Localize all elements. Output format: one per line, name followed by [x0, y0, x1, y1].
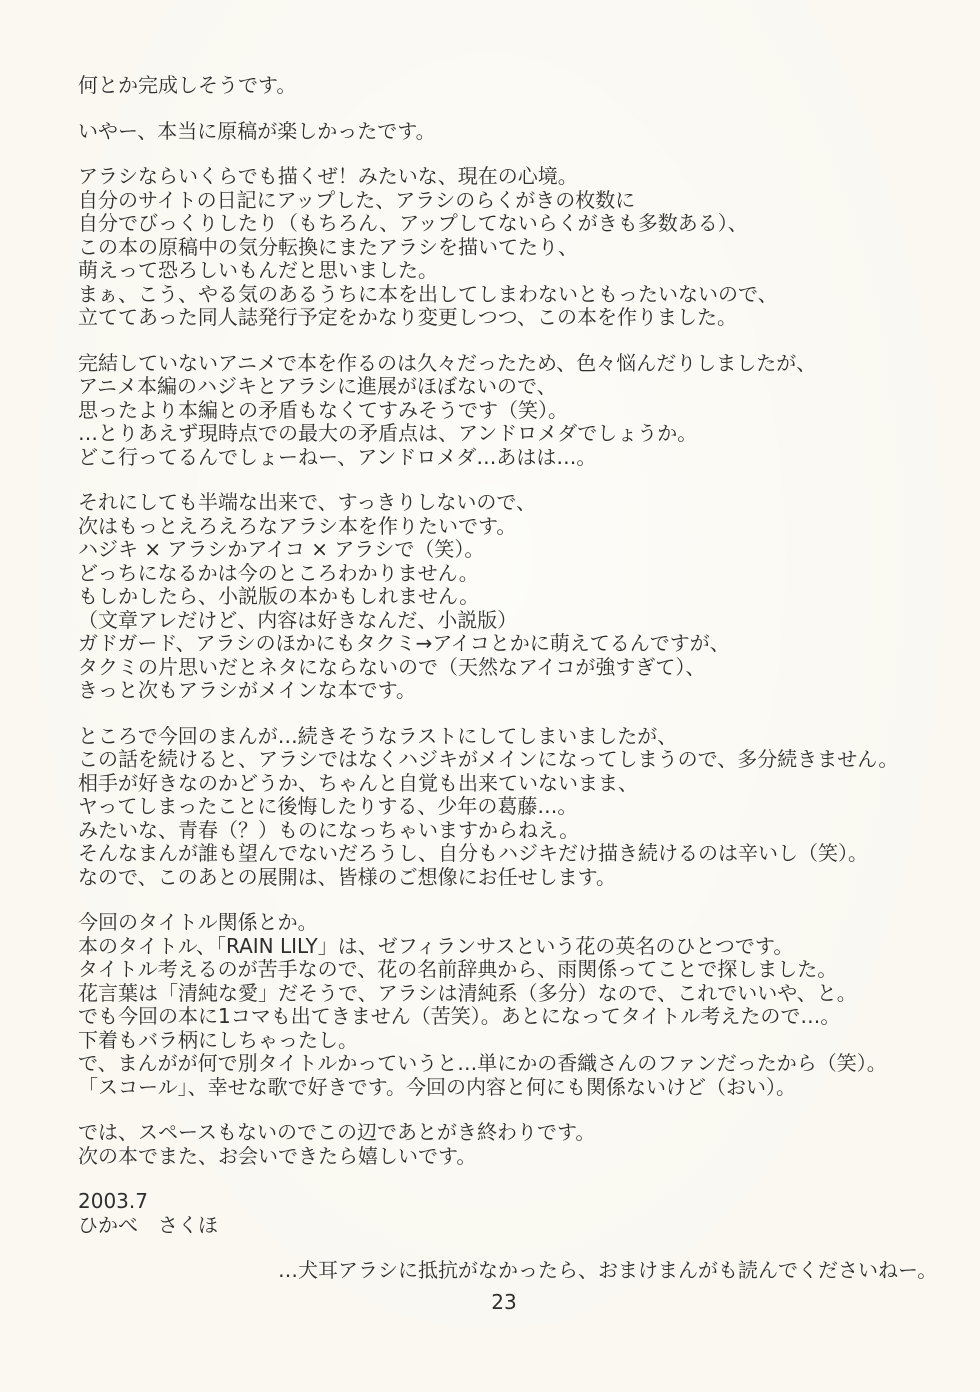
text-line: そんなまんが誰も望んでないだろうし、自分もハジキだけ描き続けるのは辛いし（笑）。	[78, 842, 930, 866]
text-line: ガドガード、アラシのほかにもタクミ→アイコとかに萌えてるんですが、	[78, 632, 930, 656]
paragraph: いやー、本当に原稿が楽しかったです。	[78, 120, 930, 144]
text-line: 思ったより本編との矛盾もなくてすみそうです（笑）。	[78, 399, 930, 423]
text-line: では、スペースもないのでこの辺であとがき終わりです。	[78, 1121, 930, 1145]
text-line: ところで今回のまんが…続きそうなラストにしてしまいましたが、	[78, 725, 930, 749]
text-line: いやー、本当に原稿が楽しかったです。	[78, 120, 930, 144]
paragraph: 今回のタイトル関係とか。本のタイトル、「RAIN LILY」は、ゼフィランサスと…	[78, 911, 930, 1099]
text-line: まぁ、こう、やる気のあるうちに本を出してしまわないともったいないので、	[78, 283, 930, 307]
text-line: 完結していないアニメで本を作るのは久々だったため、色々悩んだりしましたが、	[78, 352, 930, 376]
text-line: タクミの片思いだとネタにならないので（天然なアイコが強すぎて）、	[78, 656, 930, 680]
paragraph: それにしても半端な出来で、すっきりしないので、次はもっとえろえろなアラシ本を作り…	[78, 491, 930, 703]
text-line: どこ行ってるんでしょーねー、アンドロメダ…あはは…。	[78, 446, 930, 470]
paragraph: …犬耳アラシに抵抗がなかったら、おまけまんがも読んでくださいねー。	[278, 1259, 930, 1283]
paragraph: 2003.7ひかべ さくほ	[78, 1190, 930, 1237]
paragraph: 何とか完成しそうです。	[78, 74, 930, 98]
text-line: もしかしたら、小説版の本かもしれません。	[78, 585, 930, 609]
text-line: ヤってしまったことに後悔したりする、少年の葛藤…。	[78, 795, 930, 819]
paragraph: では、スペースもないのでこの辺であとがき終わりです。次の本でまた、お会いできたら…	[78, 1121, 930, 1168]
text-line: でも今回の本に1コマも出てきません（苦笑）。あとになってタイトル考えたので…。	[78, 1005, 930, 1029]
text-line: 2003.7	[78, 1190, 930, 1214]
paragraph: アラシならいくらでも描くぜ！みたいな、現在の心境。自分のサイトの日記にアップした…	[78, 165, 930, 330]
text-line: 今回のタイトル関係とか。	[78, 911, 930, 935]
text-line: 次はもっとえろえろなアラシ本を作りたいです。	[78, 515, 930, 539]
text-line: 自分でびっくりしたり（もちろん、アップしてないらくがきも多数ある）、	[78, 212, 930, 236]
text-line: それにしても半端な出来で、すっきりしないので、	[78, 491, 930, 515]
text-line: きっと次もアラシがメインな本です。	[78, 679, 930, 703]
text-line: 相手が好きなのかどうか、ちゃんと自覚も出来ていないまま、	[78, 772, 930, 796]
text-line: …とりあえず現時点での最大の矛盾点は、アンドロメダでしょうか。	[78, 422, 930, 446]
paragraph: ところで今回のまんが…続きそうなラストにしてしまいましたが、この話を続けると、ア…	[78, 725, 930, 890]
text-line: アラシならいくらでも描くぜ！みたいな、現在の心境。	[78, 165, 930, 189]
text-line: 立ててあった同人誌発行予定をかなり変更しつつ、この本を作りました。	[78, 306, 930, 330]
text-line: ハジキ × アラシかアイコ × アラシで（笑）。	[78, 538, 930, 562]
text-line: 花言葉は「清純な愛」だそうで、アラシは清純系（多分）なので、これでいいや、と。	[78, 982, 930, 1006]
text-line: この本の原稿中の気分転換にまたアラシを描いてたり、	[78, 236, 930, 260]
text-line: 自分のサイトの日記にアップした、アラシのらくがきの枚数に	[78, 189, 930, 213]
text-line: （文章アレだけど、内容は好きなんだ、小説版）	[78, 609, 930, 633]
text-line: どっちになるかは今のところわかりません。	[78, 562, 930, 586]
text-line: 次の本でまた、お会いできたら嬉しいです。	[78, 1145, 930, 1169]
text-line: なので、このあとの展開は、皆様のご想像にお任せします。	[78, 866, 930, 890]
text-line: 萌えって恐ろしいもんだと思いました。	[78, 259, 930, 283]
paragraph: 完結していないアニメで本を作るのは久々だったため、色々悩んだりしましたが、アニメ…	[78, 352, 930, 470]
text-line: タイトル考えるのが苦手なので、花の名前辞典から、雨関係ってことで探しました。	[78, 958, 930, 982]
text-line: この話を続けると、アラシではなくハジキがメインになってしまうので、多分続きません…	[78, 748, 930, 772]
text-line: 下着もバラ柄にしちゃったし。	[78, 1029, 930, 1053]
text-line: 「スコール」、幸せな歌で好きです。今回の内容と何にも関係ないけど（おい）。	[78, 1076, 930, 1100]
text-line: 何とか完成しそうです。	[78, 74, 930, 98]
text-line: ひかべ さくほ	[78, 1214, 930, 1238]
text-line: アニメ本編のハジキとアラシに進展がほぼないので、	[78, 375, 930, 399]
afterword-page: 何とか完成しそうです。いやー、本当に原稿が楽しかったです。アラシならいくらでも描…	[0, 0, 980, 1392]
page-number: 23	[78, 1290, 930, 1314]
text-line: …犬耳アラシに抵抗がなかったら、おまけまんがも読んでくださいねー。	[278, 1259, 930, 1283]
afterword-text: 何とか完成しそうです。いやー、本当に原稿が楽しかったです。アラシならいくらでも描…	[78, 74, 930, 1283]
text-line: 本のタイトル、「RAIN LILY」は、ゼフィランサスという花の英名のひとつです…	[78, 935, 930, 959]
text-line: みたいな、青春（？）ものになっちゃいますからねえ。	[78, 819, 930, 843]
text-line: で、まんがが何で別タイトルかっていうと…単にかの香織さんのファンだったから（笑）…	[78, 1052, 930, 1076]
